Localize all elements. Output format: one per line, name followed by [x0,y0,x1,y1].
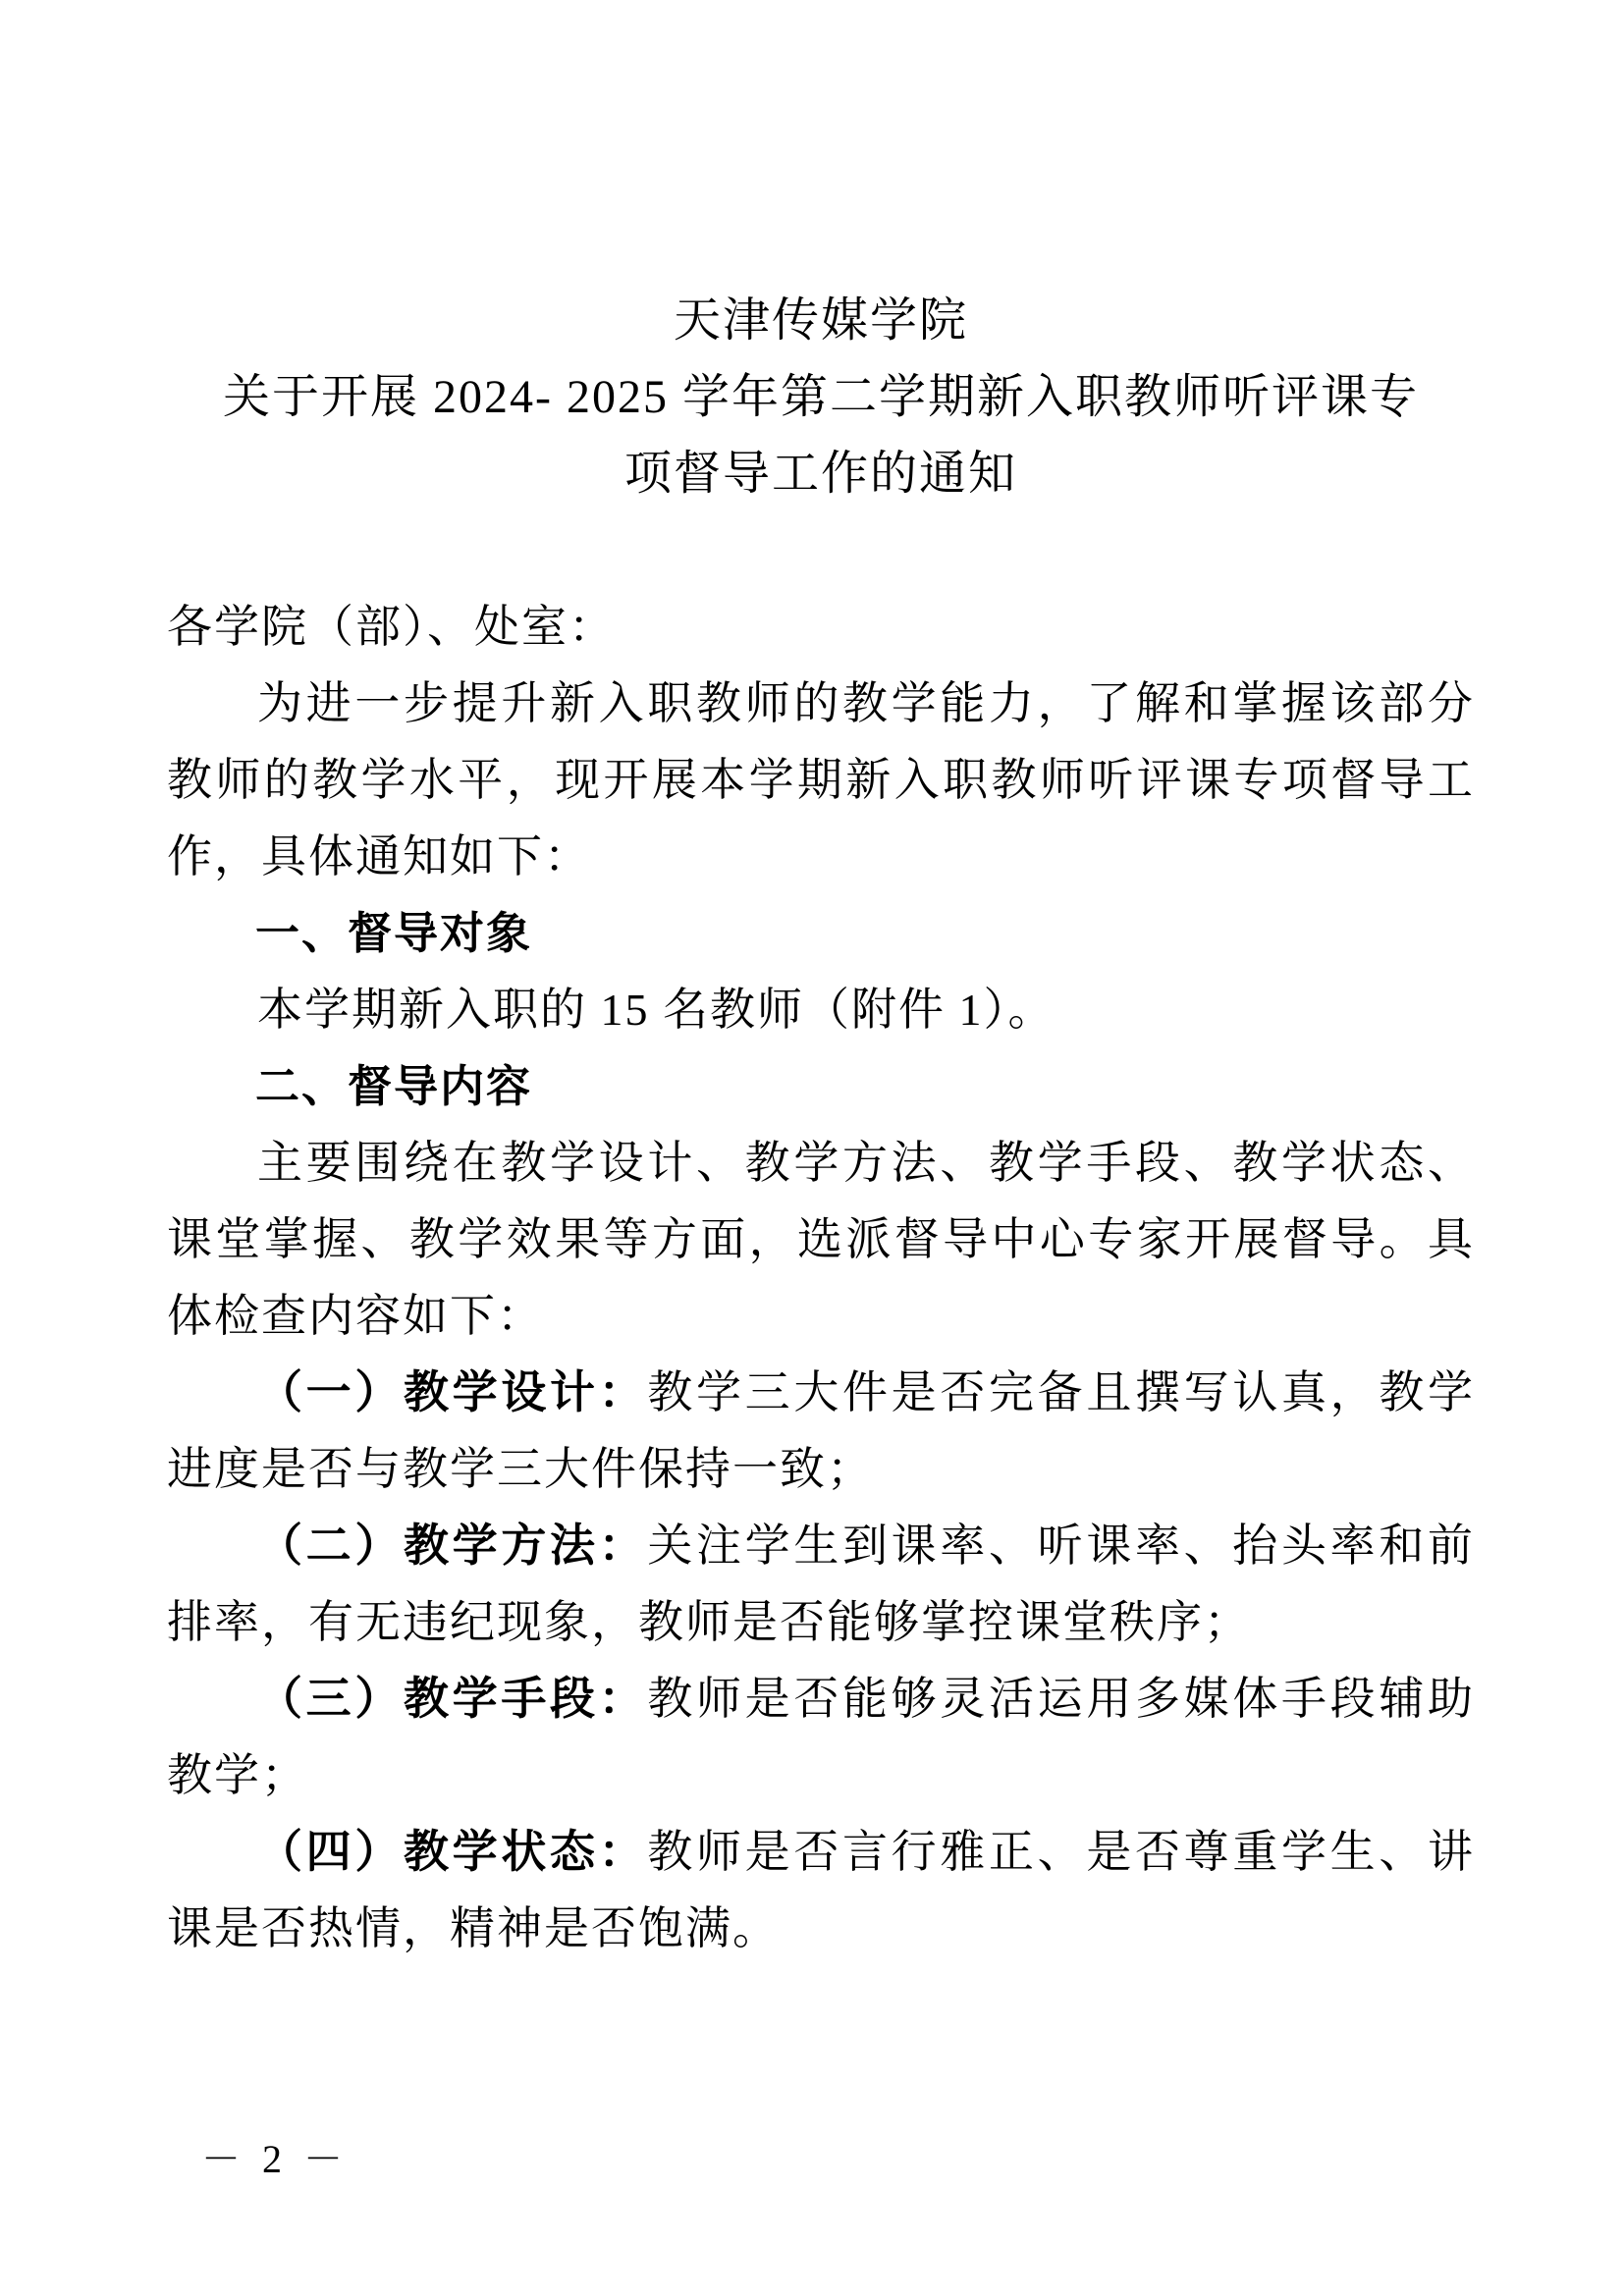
title-subject-line-2: 项督导工作的通知 [167,436,1475,512]
section-2-item-1: （一）教学设计：教学三大件是否完备且撰写认真，教学进度是否与教学三大件保持一致； [167,1355,1475,1508]
section-1-paragraph: 本学期新入职的 15 名教师（附件 1）。 [167,972,1475,1048]
salutation: 各学院（部）、处室： [167,589,1475,666]
section-2-heading: 二、督导内容 [167,1048,1475,1125]
item-1-label: （一）教学设计： [257,1367,647,1417]
page-number: － 2 － [201,2128,349,2184]
document-title: 天津传媒学院 关于开展 2024- 2025 学年第二学期新入职教师听评课专 项… [167,283,1475,512]
section-2-intro: 主要围绕在教学设计、教学方法、教学手段、教学状态、课堂掌握、教学效果等方面，选派… [167,1125,1475,1355]
document-page: 天津传媒学院 关于开展 2024- 2025 学年第二学期新入职教师听评课专 项… [0,0,1624,2296]
intro-paragraph: 为进一步提升新入职教师的教学能力，了解和掌握该部分教师的教学水平，现开展本学期新… [167,666,1475,895]
title-org-line: 天津传媒学院 [167,283,1475,359]
section-2-item-4: （四）教学状态：教师是否言行雅正、是否尊重学生、讲课是否热情，精神是否饱满。 [167,1814,1475,1967]
document-body: 各学院（部）、处室： 为进一步提升新入职教师的教学能力，了解和掌握该部分教师的教… [167,589,1475,1967]
section-1-heading: 一、督导对象 [167,895,1475,972]
item-2-label: （二）教学方法： [257,1521,647,1571]
section-2-item-3: （三）教学手段：教师是否能够灵活运用多媒体手段辅助教学； [167,1661,1475,1814]
section-2-item-2: （二）教学方法：关注学生到课率、听课率、抬头率和前排率，有无违纪现象，教师是否能… [167,1508,1475,1661]
item-3-label: （三）教学手段： [257,1674,647,1724]
item-4-label: （四）教学状态： [257,1827,647,1877]
title-subject-line-1: 关于开展 2024- 2025 学年第二学期新入职教师听评课专 [167,359,1475,436]
